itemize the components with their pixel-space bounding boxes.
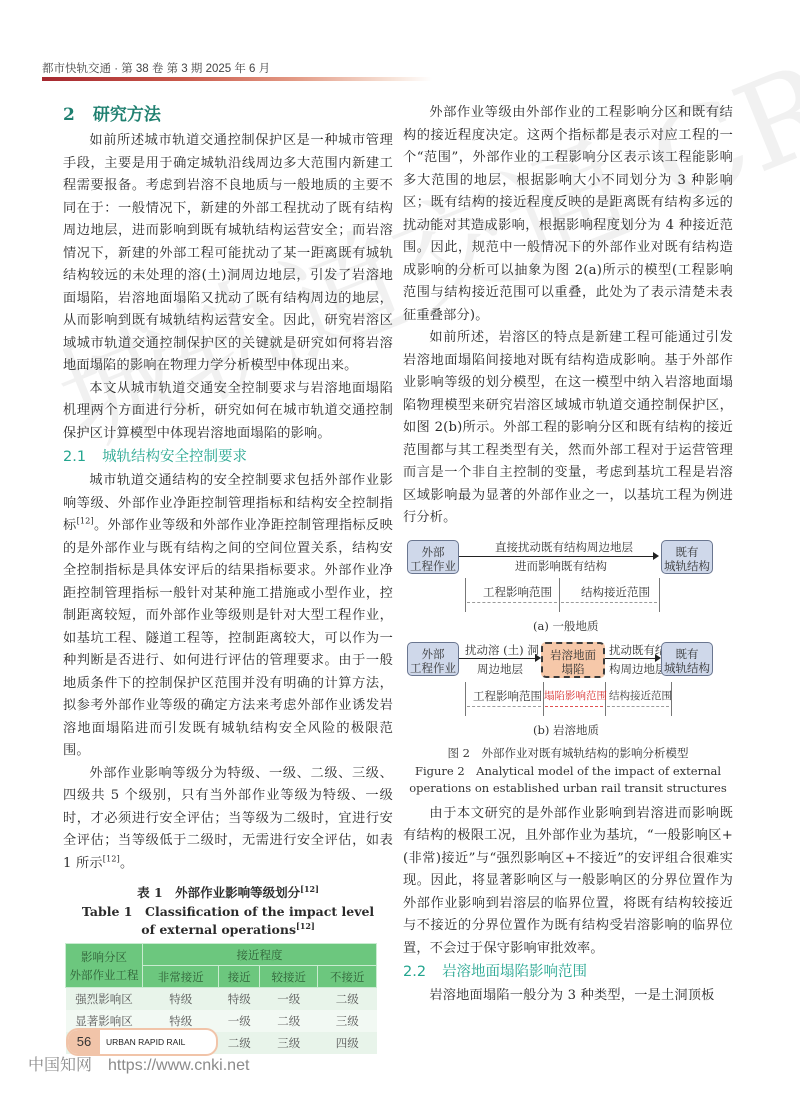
collapse-range-label: 塌陷影响范围 <box>544 688 607 703</box>
existing-rail-structure-box: 既有 城轨结构 <box>661 642 713 676</box>
figure-caption-en: Figure 2 Analytical model of the impact … <box>403 763 733 780</box>
arrow-label: 进而影响既有结构 <box>515 558 607 574</box>
box-label: 岩溶地面 <box>543 648 603 662</box>
column-header: 较接近 <box>259 966 318 988</box>
column-header: 不接近 <box>318 966 377 988</box>
arrow-label: 直接扰动既有结构周边地层 <box>495 539 633 555</box>
caption-text: of external operations <box>141 922 296 937</box>
right-column: 外部作业等级由外部作业的工程影响分区和既有结构的接近程度决定。这两个指标都是表示… <box>403 102 733 1008</box>
cnki-name: 中国知网 <box>28 1057 92 1074</box>
box-label: 外部 <box>408 545 458 559</box>
existing-rail-structure-box: 既有 城轨结构 <box>661 540 713 574</box>
section-number: 2 <box>63 105 75 125</box>
subsection-number: 2.2 <box>403 964 426 980</box>
range-label: 工程影响范围 <box>483 584 552 600</box>
subfigure-label: (b) 岩溶地质 <box>533 722 599 738</box>
dimension-line <box>467 602 557 603</box>
table-cell: 特级 <box>219 988 260 1011</box>
arrow-label: 扰动溶 (土) 洞 <box>465 642 539 658</box>
paragraph-text: 。 <box>120 856 133 871</box>
range-tick <box>465 578 466 612</box>
column-header: 非常接近 <box>143 966 219 988</box>
paragraph: 城市轨道交通结构的安全控制要求包括外部作业影响等级、外部作业净距控制管理指标和结… <box>63 470 393 763</box>
dimension-line <box>545 706 603 707</box>
subsection-heading-2-2: 2.2岩溶地面塌陷影响范围 <box>403 961 733 983</box>
arrow-icon <box>605 658 659 660</box>
figure-caption: 图 2 外部作业对既有城轨结构的影响分析模型 Figure 2 Analytic… <box>403 744 733 797</box>
figure-caption-zh: 图 2 外部作业对既有城轨结构的影响分析模型 <box>403 744 733 763</box>
table-corner-header: 影响分区 外部作业工程 <box>66 944 143 988</box>
paragraph: 由于本文研究的是外部作业影响到岩溶进而影响既有结构的极限工况，且外部作业为基坑，… <box>403 803 733 961</box>
dimension-line <box>561 602 657 603</box>
karst-collapse-box: 岩溶地面 塌陷 <box>541 642 605 678</box>
paragraph: 如前所述城市轨道交通控制保护区是一种城市管理手段，主要是用于确定城轨沿线周边多大… <box>63 130 393 378</box>
table-cell: 一级 <box>219 1010 260 1032</box>
table-cell: 二级 <box>219 1032 260 1054</box>
figure-caption-en: operations on established urban rail tra… <box>403 780 733 797</box>
table-cell: 三级 <box>259 1032 318 1054</box>
section-heading-2: 2研究方法 <box>63 102 393 128</box>
table-caption-zh: 表 1 外部作业影响等级划分[12] <box>63 883 393 903</box>
range-label: 工程影响范围 <box>473 688 542 704</box>
box-label: 既有 <box>662 647 712 661</box>
box-label: 工程作业 <box>408 661 458 675</box>
range-tick <box>465 682 466 716</box>
row-label: 强烈影响区 <box>66 988 143 1011</box>
box-label: 城轨结构 <box>662 661 712 675</box>
citation-link[interactable]: [12] <box>300 884 319 894</box>
box-label: 塌陷 <box>543 662 603 676</box>
citation-link[interactable]: [12] <box>103 854 120 863</box>
figure-2-diagram: 外部 工程作业 直接扰动既有结构周边地层 进而影响既有结构 既有 城轨结构 工程… <box>403 534 743 744</box>
box-label: 外部 <box>408 647 458 661</box>
table-row: 强烈影响区 特级 特级 一级 二级 <box>66 988 377 1011</box>
subsection-title: 城轨结构安全控制要求 <box>102 449 247 465</box>
left-column: 2研究方法 如前所述城市轨道交通控制保护区是一种城市管理手段，主要是用于确定城轨… <box>63 102 393 1054</box>
table-cell: 四级 <box>318 1032 377 1054</box>
table-cell: 二级 <box>259 1010 318 1032</box>
paragraph: 本文从城市轨道交通安全控制要求与岩溶地面塌陷机理两个方面进行分析，研究如何在城市… <box>63 378 393 446</box>
cnki-url[interactable]: https://www.cnki.net <box>108 1057 249 1074</box>
table-group-header: 接近程度 <box>143 944 377 966</box>
header-divider <box>42 77 432 81</box>
arrow-label: 扰动既有结 <box>609 642 667 658</box>
box-label: 城轨结构 <box>662 559 712 573</box>
paragraph: 如前所述，岩溶区的特点是新建工程可能通过引发岩溶地面塌陷间接地对既有结构造成影响… <box>403 327 733 530</box>
table-caption: 表 1 外部作业影响等级划分[12] Table 1 Classificatio… <box>63 883 393 939</box>
citation-link[interactable]: [12] <box>296 921 315 931</box>
dimension-line <box>607 706 669 707</box>
range-tick <box>559 578 560 612</box>
header-label: 影响分区 <box>67 948 141 966</box>
section-title: 研究方法 <box>93 105 161 125</box>
table-cell: 一级 <box>259 988 318 1011</box>
paragraph-text: 。外部作业等级和外部作业净距控制管理指标反映的是外部作业与既有结构之间的空间位置… <box>63 518 393 758</box>
caption-text: 表 1 外部作业影响等级划分 <box>137 885 300 900</box>
range-label: 结构接近范围 <box>609 688 672 703</box>
range-tick <box>659 578 660 612</box>
arrow-icon <box>459 658 539 660</box>
arrow-label: 构周边地层 <box>609 661 667 677</box>
running-header: 都市快轨交通 · 第 38 卷 第 3 期 2025 年 6 月 <box>42 60 270 76</box>
subfigure-label: (a) 一般地质 <box>533 618 598 634</box>
paragraph: 外部作业等级由外部作业的工程影响分区和既有结构的接近程度决定。这两个指标都是表示… <box>403 102 733 327</box>
citation-link[interactable]: [12] <box>77 517 94 526</box>
subsection-heading-2-1: 2.1城轨结构安全控制要求 <box>63 446 393 468</box>
subsection-number: 2.1 <box>63 449 86 465</box>
paragraph: 岩溶地面塌陷一般分为 3 种类型，一是土洞顶板 <box>403 985 733 1008</box>
table-caption-en: Table 1 Classification of the impact lev… <box>63 903 393 921</box>
column-header: 接近 <box>219 966 260 988</box>
table-caption-en: of external operations[12] <box>63 921 393 939</box>
table-cell: 二级 <box>318 988 377 1011</box>
arrow-label: 周边地层 <box>477 661 523 677</box>
external-work-box: 外部 工程作业 <box>407 642 459 676</box>
header-label: 外部作业工程 <box>67 966 141 984</box>
dimension-line <box>467 706 541 707</box>
cnki-watermark: 中国知网https://www.cnki.net <box>28 1052 249 1075</box>
paragraph: 外部作业影响等级分为特级、一级、二级、三级、四级共 5 个级别，只有当外部作业等… <box>63 763 393 876</box>
table-cell: 特级 <box>143 988 219 1011</box>
external-work-box: 外部 工程作业 <box>407 540 459 574</box>
page-number: 56 <box>68 1030 100 1054</box>
table-cell: 三级 <box>318 1010 377 1032</box>
box-label: 既有 <box>662 545 712 559</box>
box-label: 工程作业 <box>408 559 458 573</box>
subsection-title: 岩溶地面塌陷影响范围 <box>442 964 587 980</box>
range-label: 结构接近范围 <box>581 584 650 600</box>
